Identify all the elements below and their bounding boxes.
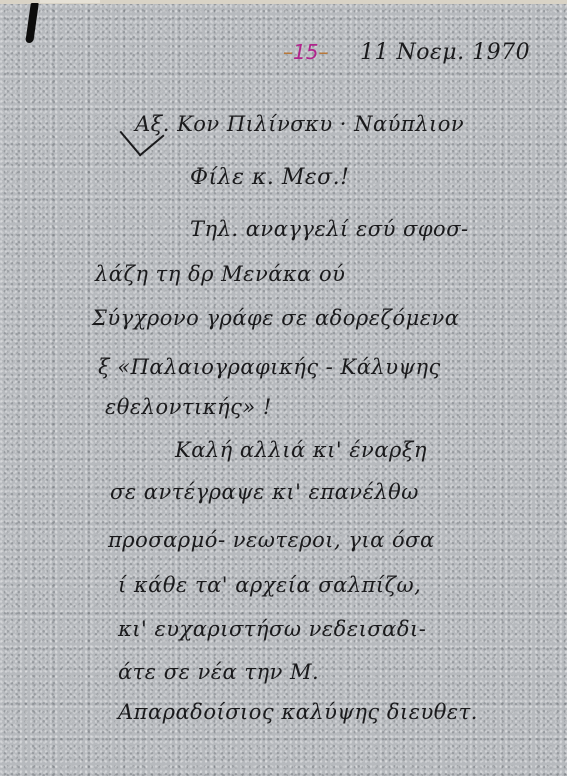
body-line: σε αντέγραψε κι' επανέλθω — [110, 480, 419, 504]
body-line: λάζη τη δρ Μενάκα ού — [95, 262, 345, 286]
archive-number-dash-left: – — [283, 40, 293, 64]
archive-number-dash-right: – — [318, 40, 328, 64]
greeting: Φίλε κ. Μεσ.! — [190, 165, 350, 190]
body-line: άτε σε νέα την Μ. — [118, 660, 319, 684]
body-line: Καλή αλλιά κι' έναρξη — [175, 438, 427, 462]
body-line: Απαραδοίσιος καλύψης διευθετ. — [118, 700, 478, 724]
scan-top-edge — [0, 0, 567, 4]
torn-corner-mark — [25, 3, 39, 43]
body-line: ξ «Παλαιογραφικής - Κάλυψης — [98, 355, 441, 379]
letter-date: 11 Νοεμ. 1970 — [360, 40, 530, 65]
body-line: προσαρμό- νεωτεροι, για όσα — [108, 528, 435, 552]
letter-page: –15– 11 Νοεμ. 1970 Αξ. Κον Πιλίνσκυ · Να… — [0, 0, 567, 776]
archive-number-value: 15 — [293, 40, 318, 64]
body-line: κι' ευχαριστήσω νεδεισαδι- — [118, 617, 426, 641]
body-line: ί κάθε τα' αρχεία σαλπίζω, — [118, 573, 421, 597]
addressee-line: Αξ. Κον Πιλίνσκυ · Ναύπλιον — [135, 112, 464, 136]
archive-number: –15– — [283, 40, 328, 64]
body-line: εθελοντικής» ! — [105, 395, 272, 419]
body-line: Τηλ. αναγγελί εσύ σφοσ- — [190, 217, 469, 241]
body-line: Σύγχρονο γράφε σε αδορεζόμενα — [92, 306, 459, 330]
